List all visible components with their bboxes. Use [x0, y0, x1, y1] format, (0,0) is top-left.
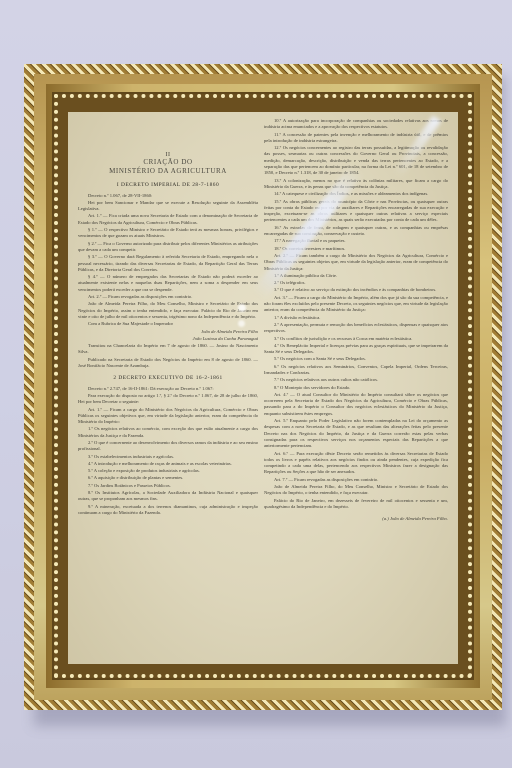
paragraph: 2.º Os telégrafos.: [264, 280, 448, 286]
paragraph: 14.º A catequese e civilização dos Índio…: [264, 191, 448, 197]
right-signature: (a.) João de Almeida Pereira Filho.: [264, 516, 448, 522]
paragraph: Palácio do Rio de Janeiro, em dezesseis …: [264, 498, 448, 511]
paragraph: 3.º O que é relativo ao serviço da extin…: [264, 287, 448, 293]
paragraph: Art. 4.º — O atual Consultor do Ministér…: [264, 392, 448, 417]
section2-title: 2 DECRETO EXECUTIVO DE 16-2-1861: [78, 375, 258, 381]
paragraph: Art. 7.º — Ficam revogadas as disposiçõe…: [264, 477, 448, 483]
paragraph: 2.º O que é concernente ao desenvolvimen…: [78, 440, 258, 453]
paragraph: § 4.º — O número de empregados das Secre…: [78, 274, 258, 293]
document-left-column: II CRIAÇÃO DO MINISTÉRIO DA AGRICULTURA …: [78, 112, 258, 664]
paragraph: 3.º Os estabelecimentos industriais e ag…: [78, 454, 258, 460]
paragraph: 6.º A aquisição e distribuição de planta…: [78, 475, 258, 481]
paragraph: § 3.º — O Governo dará Regulamento à ref…: [78, 254, 258, 273]
paragraph: § 2.º — Fica o Governo autorizado para d…: [78, 241, 258, 254]
document-right-column: 10.º A autorização para incorporação de …: [264, 118, 448, 664]
paragraph: 1.º A iluminação pública da Côrte.: [264, 273, 448, 279]
signature: João de Almeida Pereira Filho: [78, 329, 258, 335]
signature: João Lustosa da Cunha Paranaguá: [78, 336, 258, 342]
paragraph: Art. 3.º — Ficam a cargo do Ministério d…: [264, 295, 448, 314]
paragraph: 9.º A mineração, excetuada a dos terreno…: [78, 504, 258, 517]
section1-signatures: João de Almeida Pereira FilhoJoão Lustos…: [78, 329, 258, 343]
paragraph: João de Almeida Pereira Filho, do Meu Co…: [264, 484, 448, 497]
paragraph: 8.º Os Institutos Agrícolas, a Sociedade…: [78, 490, 258, 503]
light-reflection-dot: [238, 304, 246, 312]
paragraph: Decreto n.º 2.747, de 16-II-1861: Dá exe…: [78, 386, 258, 392]
paragraph: Publicado na Secretaria de Estado dos Ne…: [78, 357, 258, 370]
paragraph: Transitou na Chancelaria do Império em 7…: [78, 343, 258, 356]
paragraph: Para execução do disposto no artigo 1.º,…: [78, 393, 258, 406]
light-reflection-dot: [238, 320, 245, 327]
paragraph: 10.º A autorização para incorporação de …: [264, 118, 448, 131]
paragraph: 3.º Os conflitos de jurisdição e os recu…: [264, 336, 448, 342]
paragraph: 16.º As estradas de ferro, de rodagem e …: [264, 225, 448, 238]
paragraph: Art. 5.º Enquanto pelo Poder Legislativo…: [264, 418, 448, 449]
paragraph: João de Almeida Pereira Filho, do Meu Co…: [78, 301, 258, 320]
paragraph: 4.º Os Beneplácito Imperial e licenças p…: [264, 343, 448, 356]
paragraph: § 1.º — O respectivo Ministro e Secretár…: [78, 227, 258, 240]
paragraph: 15.º As obras públicas gerais do municíp…: [264, 199, 448, 224]
section1-body: Decreto n.º 1.067, de 28-VII-1860:Hei po…: [78, 193, 258, 328]
paragraph: Art. 1.º — Ficam a cargo do Ministério d…: [78, 407, 258, 426]
paragraph: 8.º O Montepio dos servidores do Estado.: [264, 385, 448, 391]
chapter-title-line1: CRIAÇÃO DO: [78, 158, 258, 167]
paragraph: Com a Rubrica de Sua Majestade o Imperad…: [78, 321, 258, 327]
section1-closing: Transitou na Chancelaria do Império em 7…: [78, 343, 258, 369]
paragraph: Art. 6.º — Para execução dêste Decreto s…: [264, 451, 448, 476]
chapter-title-line2: MINISTÉRIO DA AGRICULTURA: [78, 167, 258, 176]
paragraph: 5.º Os negócios com a Santa Sé e seus De…: [264, 356, 448, 362]
paragraph: Decreto n.º 1.067, de 28-VII-1860:: [78, 193, 258, 199]
paragraph: Art. 1.º — Fica criada uma nova Secretar…: [78, 213, 258, 226]
picture-frame: II CRIAÇÃO DO MINISTÉRIO DA AGRICULTURA …: [24, 64, 502, 710]
paragraph: 1.º Os negócios relativos ao comércio, c…: [78, 426, 258, 439]
paragraph: 7.º Os Jardins Botânicos e Passeios Públ…: [78, 483, 258, 489]
paragraph: Art. 2.º — Ficam revogadas as disposiçõe…: [78, 294, 258, 300]
paragraph: Hei por bem Sancionar e Mandar que se ex…: [78, 200, 258, 213]
section1-title: I DECRETO IMPERIAL DE 28-7-1860: [78, 182, 258, 188]
section2-body: Decreto n.º 2.747, de 16-II-1861: Dá exe…: [78, 386, 258, 517]
paragraph: 2.º A apresentação, permuta e remoção do…: [264, 322, 448, 335]
framed-document: II CRIAÇÃO DO MINISTÉRIO DA AGRICULTURA …: [68, 112, 458, 664]
paragraph: 5.º A coleção e exposição de produtos in…: [78, 468, 258, 474]
paragraph: 7.º Os negócios relativos aos outros cul…: [264, 377, 448, 383]
paragraph: 1.º A divisão eclesiástica.: [264, 315, 448, 321]
paragraph: 4.º A introdução e melhoramento de raças…: [78, 461, 258, 467]
paragraph: 6.º Os negócios relativos aos Seminários…: [264, 364, 448, 377]
